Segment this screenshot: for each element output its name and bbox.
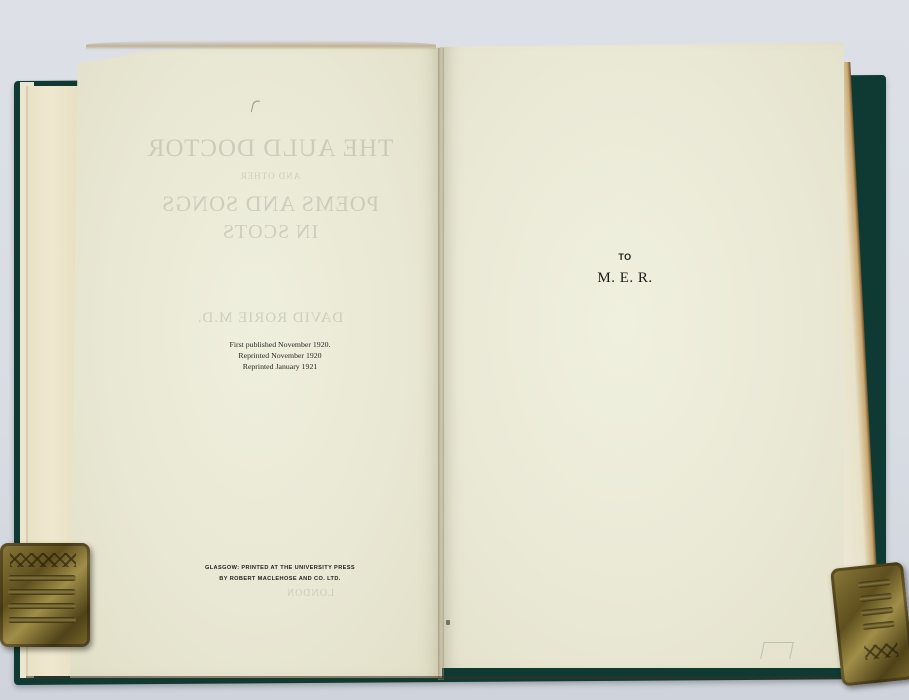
weight-finger-groove: [860, 607, 893, 616]
weight-finger-groove: [8, 575, 76, 581]
weight-finger-groove: [862, 621, 895, 630]
imprint-line-1: First published November 1920.: [205, 339, 355, 350]
imprint-block: First published November 1920. Reprinted…: [205, 339, 355, 372]
printer-line-1: GLASGOW: PRINTED AT THE UNIVERSITY PRESS: [190, 563, 370, 574]
imprint-line-2: Reprinted November 1920: [205, 350, 355, 361]
title-page-show-through: THE AULD DOCTOR AND OTHER POEMS AND SONG…: [100, 125, 440, 327]
show-through-city: LONDON: [250, 588, 370, 599]
paper-speck: [446, 620, 450, 625]
show-through-title: THE AULD DOCTOR: [100, 135, 440, 163]
dedication-name: M. E. R.: [570, 270, 680, 287]
book-photo: THE AULD DOCTOR AND OTHER POEMS AND SONG…: [0, 0, 909, 700]
imprint-line-3: Reprinted January 1921: [205, 361, 355, 372]
page-bottom-edge: [26, 676, 856, 679]
weight-finger-groove: [858, 579, 891, 588]
weight-finger-groove: [8, 603, 76, 609]
faint-pencil-sketch: [760, 642, 794, 659]
printer-block: GLASGOW: PRINTED AT THE UNIVERSITY PRESS…: [190, 563, 370, 585]
brass-page-weight-left: [0, 543, 90, 647]
weight-finger-groove: [8, 617, 76, 623]
weight-finger-groove: [859, 593, 892, 602]
weight-hatch-pattern: [864, 643, 898, 660]
dedication-to: TO: [590, 252, 660, 262]
weight-finger-groove: [8, 589, 76, 595]
show-through-author: DAVID RORIE M.D.: [100, 310, 440, 327]
show-through-subtitle: POEMS AND SONGS: [100, 191, 440, 217]
show-through-small: AND OTHER: [100, 171, 440, 181]
show-through-subtitle2: IN SCOTS: [100, 221, 440, 244]
brass-page-weight-right: [830, 562, 909, 687]
printer-line-2: BY ROBERT MACLEHOSE AND CO. LTD.: [190, 574, 370, 585]
weight-hatch-pattern: [10, 553, 76, 567]
foxed-top-edge: [86, 40, 436, 50]
right-page: [440, 42, 844, 668]
